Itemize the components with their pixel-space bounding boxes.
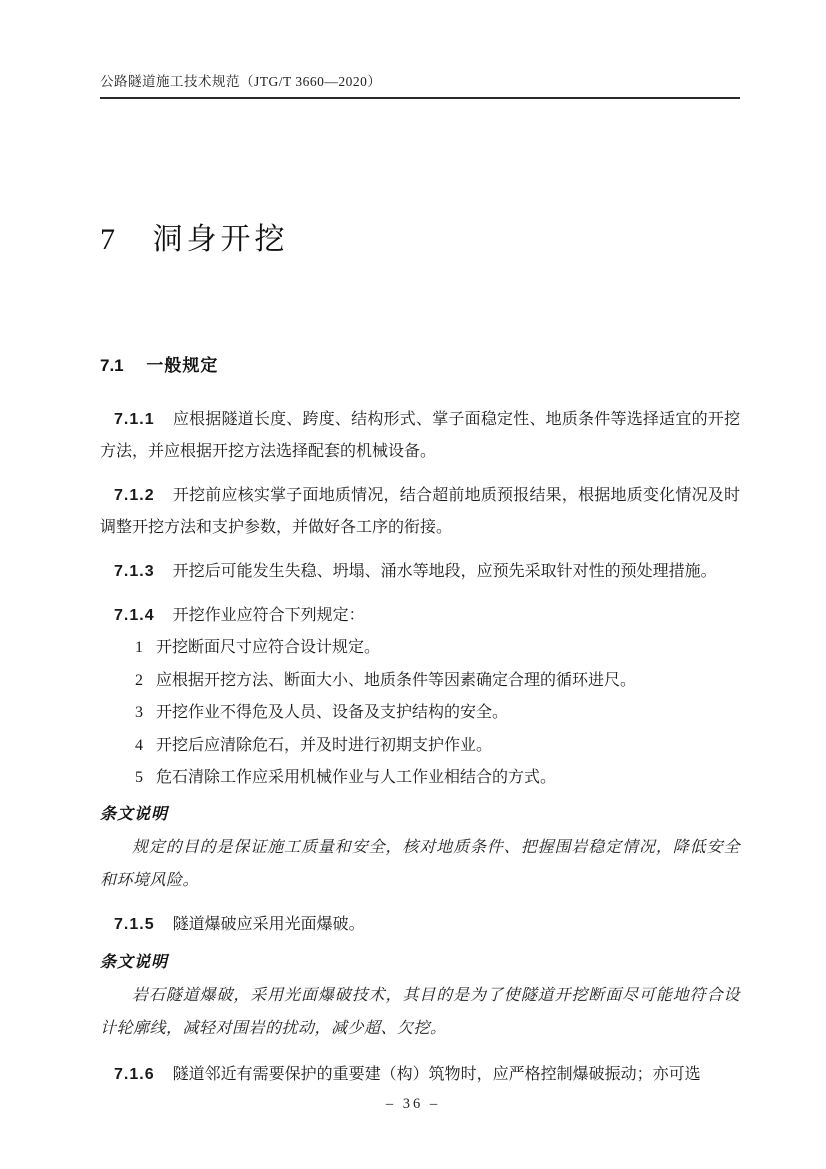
section-heading: 7.1 一般规定 [100,354,740,378]
clause-7-1-2: 7.1.2 开挖前应核实掌子面地质情况，结合超前地质预报结果，根据地质变化情况及… [100,480,740,544]
section-name: 一般规定 [146,354,218,378]
list-item: 2应根据开挖方法、断面大小、地质条件等因素确定合理的循环进尺。 [100,665,740,698]
clause-7-1-5: 7.1.5 隧道爆破应采用光面爆破。 [100,909,740,941]
page-content: 7 洞身开挖 7.1 一般规定 7.1.1 应根据隧道长度、跨度、结构形式、掌子… [100,96,740,1091]
item-text: 开挖断面尺寸应符合设计规定。 [156,639,380,656]
clause-text: 隧道爆破应采用光面爆破。 [173,916,365,933]
item-number: 4 [135,737,143,754]
list-item: 4开挖后应清除危石，并及时进行初期支护作业。 [100,730,740,763]
clause-number: 7.1.4 [114,607,155,624]
page-number: – 36 – [0,1096,826,1113]
document-page: 公路隧道施工技术规范（JTG/T 3660—2020） 7 洞身开挖 7.1 一… [0,0,826,1169]
item-text: 应根据开挖方法、断面大小、地质条件等因素确定合理的循环进尺。 [156,672,636,689]
commentary-block-1: 条文说明 规定的目的是保证施工质量和安全，核对地质条件、把握围岩稳定情况，降低安… [100,803,740,897]
running-header: 公路隧道施工技术规范（JTG/T 3660—2020） [100,70,740,99]
item-text: 开挖后应清除危石，并及时进行初期支护作业。 [156,737,492,754]
item-number: 1 [135,639,143,656]
clause-number: 7.1.2 [114,487,155,504]
commentary-text: 岩石隧道爆破，采用光面爆破技术，其目的是为了使隧道开挖断面尽可能地符合设计轮廓线… [100,979,740,1045]
clause-text: 应根据隧道长度、跨度、结构形式、掌子面稳定性、地质条件等选择适宜的开挖方法，并应… [100,411,740,460]
clause-text: 开挖作业应符合下列规定： [173,607,365,624]
section-number: 7.1 [100,354,124,378]
clause-7-1-4: 7.1.4 开挖作业应符合下列规定： [100,600,740,632]
clause-number: 7.1.5 [114,916,155,933]
commentary-heading: 条文说明 [100,951,740,975]
clause-7-1-3: 7.1.3 开挖后可能发生失稳、坍塌、涌水等地段，应预先采取针对性的预处理措施。 [100,556,740,588]
item-number: 5 [135,769,143,786]
chapter-title: 7 洞身开挖 [100,220,740,260]
clause-7-1-6: 7.1.6 隧道邻近有需要保护的重要建（构）筑物时，应严格控制爆破振动；亦可选 [100,1059,740,1091]
clause-number: 7.1.1 [114,411,155,428]
clause-text: 隧道邻近有需要保护的重要建（构）筑物时，应严格控制爆破振动；亦可选 [173,1066,701,1083]
item-text: 开挖作业不得危及人员、设备及支护结构的安全。 [156,704,508,721]
commentary-text: 规定的目的是保证施工质量和安全，核对地质条件、把握围岩稳定情况，降低安全和环境风… [100,831,740,897]
clause-text: 开挖后可能发生失稳、坍塌、涌水等地段，应预先采取针对性的预处理措施。 [173,563,717,580]
list-item: 1开挖断面尺寸应符合设计规定。 [100,632,740,665]
clause-text: 开挖前应核实掌子面地质情况，结合超前地质预报结果，根据地质变化情况及时调整开挖方… [100,487,740,536]
chapter-number: 7 [100,220,115,260]
item-number: 3 [135,704,143,721]
commentary-heading: 条文说明 [100,803,740,827]
clause-number: 7.1.3 [114,563,155,580]
clause-7-1-1: 7.1.1 应根据隧道长度、跨度、结构形式、掌子面稳定性、地质条件等选择适宜的开… [100,404,740,468]
list-item: 3开挖作业不得危及人员、设备及支护结构的安全。 [100,697,740,730]
item-text: 危石清除工作应采用机械作业与人工作业相结合的方式。 [156,769,556,786]
list-item: 5危石清除工作应采用机械作业与人工作业相结合的方式。 [100,762,740,795]
item-number: 2 [135,672,143,689]
clause-7-1-4-items: 1开挖断面尺寸应符合设计规定。 2应根据开挖方法、断面大小、地质条件等因素确定合… [100,632,740,795]
clause-number: 7.1.6 [114,1066,155,1083]
chapter-name: 洞身开挖 [153,220,289,260]
commentary-block-2: 条文说明 岩石隧道爆破，采用光面爆破技术，其目的是为了使隧道开挖断面尽可能地符合… [100,951,740,1045]
